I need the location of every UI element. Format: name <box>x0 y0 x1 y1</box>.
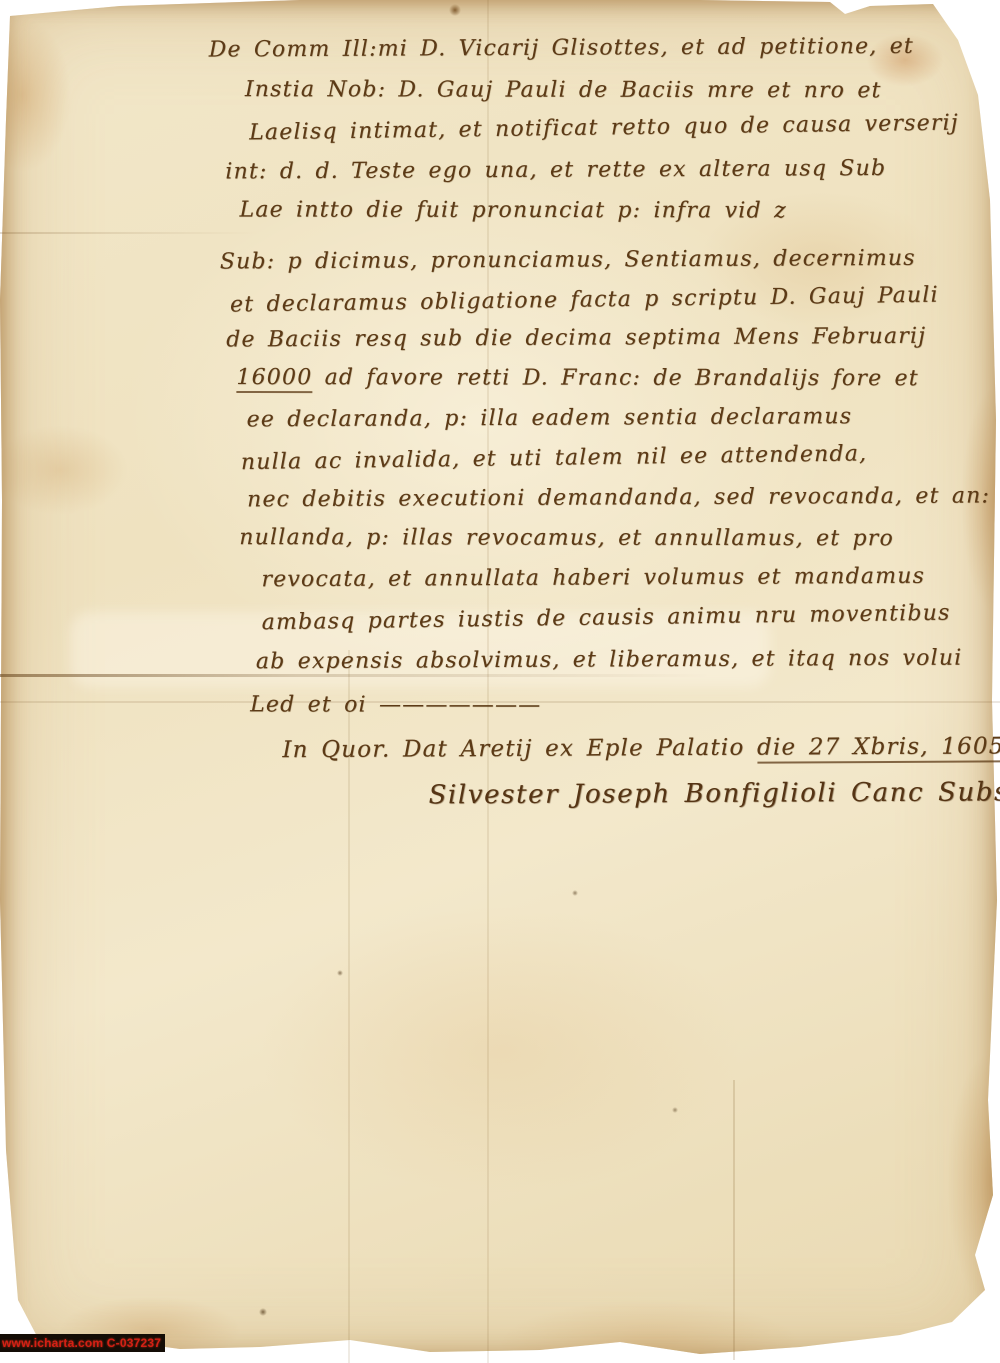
manuscript-dateline: In Quor. Dat Aretij ex Eple Palatio die … <box>282 733 1000 763</box>
manuscript-line: int: d. d. Teste ego una, et rette ex al… <box>225 156 886 184</box>
scanned-document-page: De Comm Ill:mi D. Vicarij Glisottes, et … <box>0 0 1000 1363</box>
manuscript-line: Instia Nob: D. Gauj Pauli de Baciis mre … <box>245 77 882 103</box>
manuscript-line: Lae intto die fuit pronunciat p: infra v… <box>240 197 787 223</box>
manuscript-line: nec debitis executioni demandanda, sed r… <box>247 483 990 512</box>
watermark-label: www.icharta.com C-037237 <box>0 1334 165 1352</box>
manuscript-line: 16000 ad favore retti D. Franc: de Brand… <box>236 365 918 391</box>
manuscript-line: ambasq partes iustis de causis animu nru… <box>262 601 951 636</box>
manuscript-line: nulla ac invalida, et uti talem nil ee a… <box>241 441 868 475</box>
underlined-amount: 16000 <box>236 365 312 393</box>
manuscript-line: Laelisq intimat, et notificat retto quo … <box>249 110 959 145</box>
manuscript-line: revocata, et annullata haberi volumus et… <box>261 564 925 592</box>
handwritten-text-block: De Comm Ill:mi D. Vicarij Glisottes, et … <box>0 0 1000 1363</box>
manuscript-line: Led et oi ——————— <box>250 692 541 718</box>
dateline-text: In Quor. Dat Aretij ex Eple Palatio <box>282 735 757 763</box>
manuscript-line: nullanda, p: illas revocamus, et annulla… <box>239 525 894 551</box>
manuscript-line: ee declaranda, p: illa eadem sentia decl… <box>247 404 853 432</box>
manuscript-line: et declaramus obligatione facta p script… <box>230 283 939 318</box>
manuscript-line-text: ad favore retti D. Franc: de Brandalijs … <box>312 365 918 391</box>
manuscript-line: ab expensis absolvimus, et liberamus, et… <box>256 646 963 675</box>
underlined-date: die 27 Xbris, 1605- <box>757 733 1000 763</box>
manuscript-line: De Comm Ill:mi D. Vicarij Glisottes, et … <box>209 34 914 63</box>
manuscript-line: Sub: p dicimus, pronunciamus, Sentiamus,… <box>220 246 916 275</box>
manuscript-line: de Baciis resq sub die decima septima Me… <box>226 324 926 353</box>
signature-line: Silvester Joseph Bonfiglioli Canc Subs <box>429 777 1000 810</box>
